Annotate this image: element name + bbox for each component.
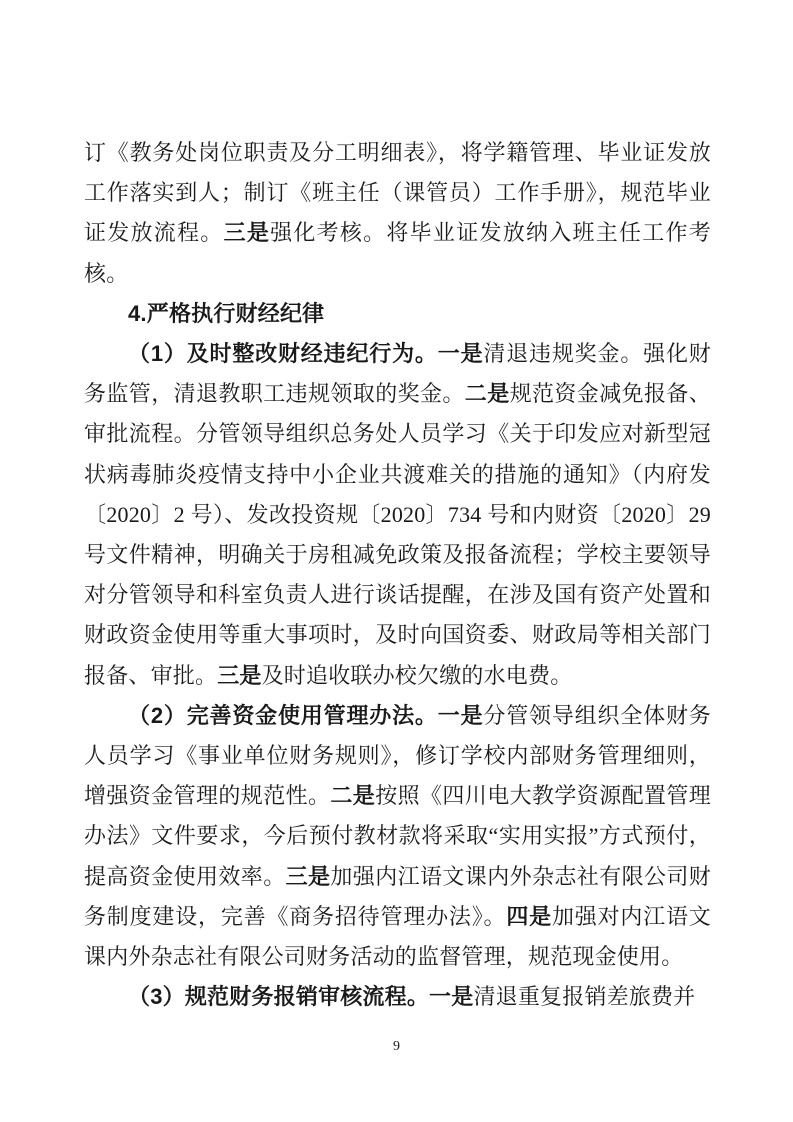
text-run-bold: 二是 <box>465 381 510 406</box>
text-run-bold: 三是 <box>224 220 271 245</box>
document-body: 订《教务处岗位职责及分工明细表》，将学籍管理、毕业证发放工作落实到人；制订《班主… <box>84 133 711 1017</box>
text-run-bold: 二是 <box>330 783 375 808</box>
text-run: 规范资金减免报备、审批流程。分管领导组织总务处人员学习《关于印发应对新型冠状病毒… <box>84 381 711 687</box>
text-run-bold: 四是 <box>506 904 552 929</box>
text-run: 清退重复报销差旅费并 <box>473 984 695 1009</box>
page-number: 9 <box>0 1038 793 1056</box>
text-run-bold: 4.严格执行财经纪律 <box>128 301 324 326</box>
para-item-2: （2）完善资金使用管理办法。一是分管领导组织全体财务人员学习《事业单位财务规则》… <box>84 696 711 977</box>
heading-section-4: 4.严格执行财经纪律 <box>84 294 711 334</box>
text-run-bold: 三是 <box>286 864 331 889</box>
para-item-1: （1）及时整改财经违纪行为。一是清退违规奖金。强化财务监管，清退教职工违规领取的… <box>84 334 711 696</box>
text-run-bold: （2）完善资金使用管理办法。一是 <box>128 703 483 728</box>
text-run-bold: （3）规范财务报销审核流程。一是 <box>128 984 473 1009</box>
para-continuation: 订《教务处岗位职责及分工明细表》，将学籍管理、毕业证发放工作落实到人；制订《班主… <box>84 133 711 294</box>
document-page: 订《教务处岗位职责及分工明细表》，将学籍管理、毕业证发放工作落实到人；制订《班主… <box>0 0 793 1122</box>
para-item-3: （3）规范财务报销审核流程。一是清退重复报销差旅费并 <box>84 977 711 1017</box>
text-run: 及时追收联办校欠缴的水电费。 <box>262 663 573 688</box>
text-run-bold: （1）及时整改财经违纪行为。一是 <box>128 341 483 366</box>
text-run-bold: 三是 <box>217 663 261 688</box>
